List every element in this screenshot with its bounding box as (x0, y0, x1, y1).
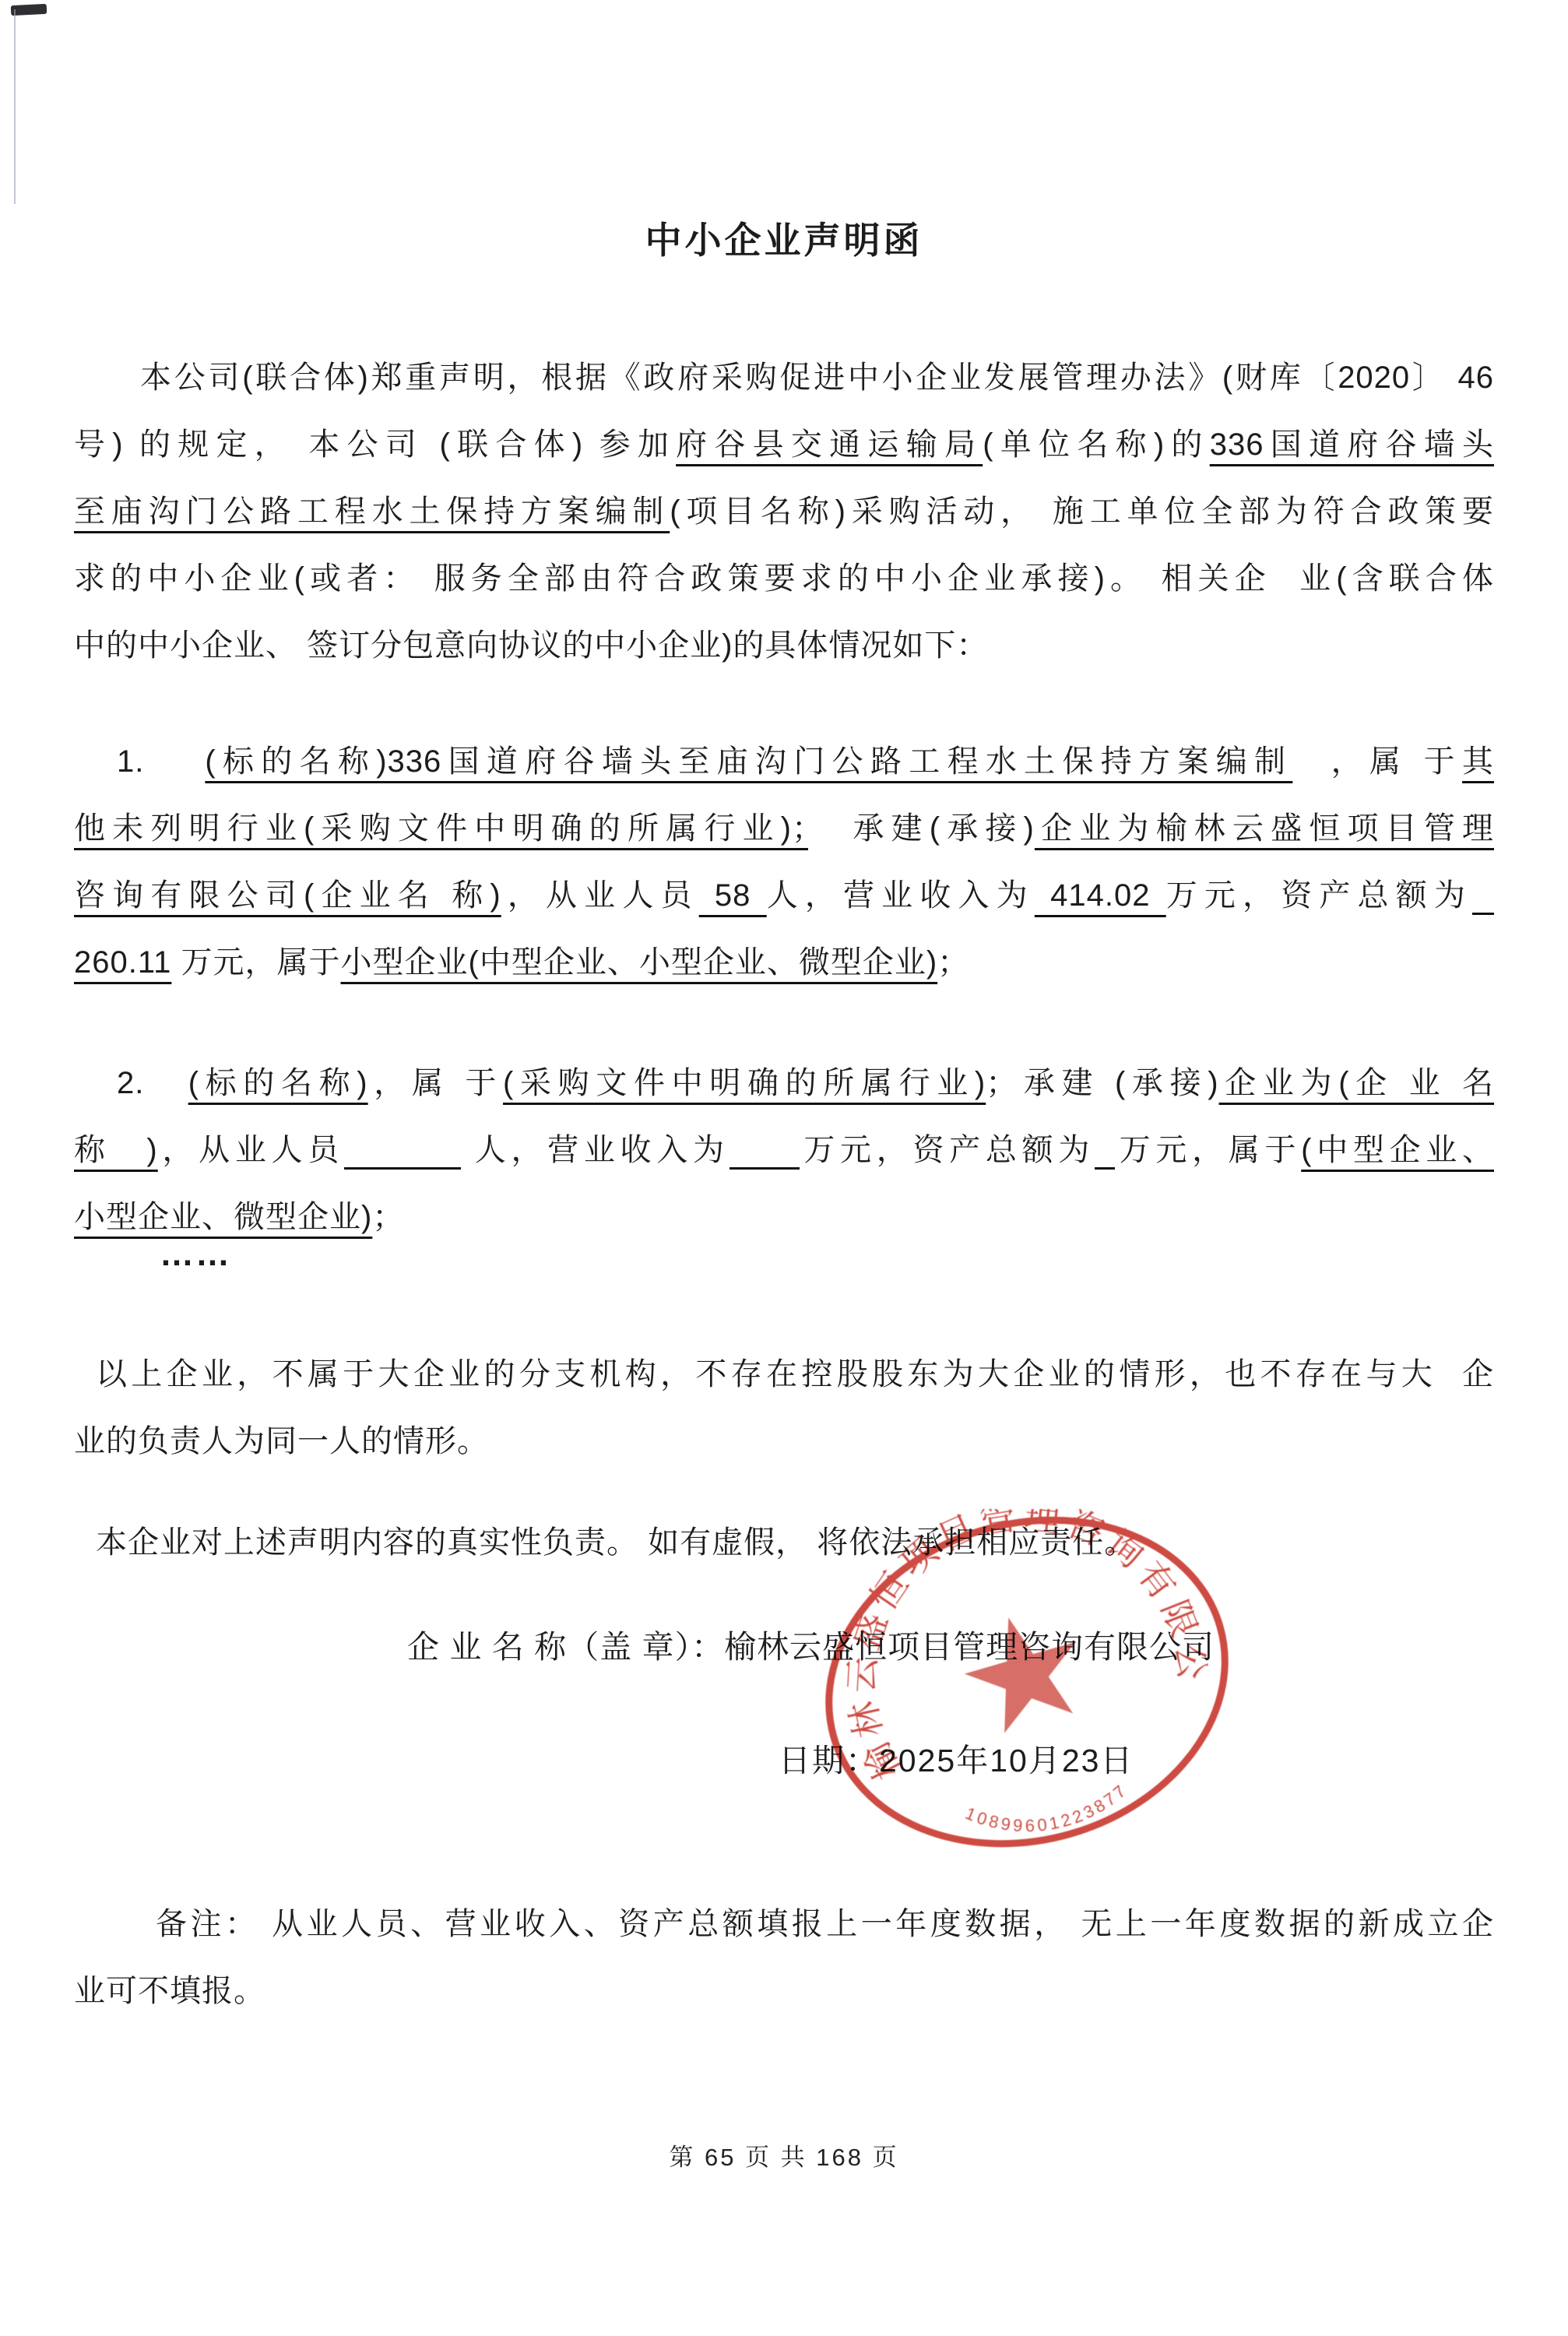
note-paragraph: 备注： 从业人员、营业收入、资产总额填报上一年度数据， 无上一年度数据的新成立企… (74, 1891, 1494, 2025)
doc-line: 他未列明行业(采购文件中明确的所属行业)； 承建(承接)企业为榆林云盛恒项目管理 (74, 795, 1494, 862)
doc-line: 求的中小企业(或者： 服务全部由符合政策要求的中小企业承接)。 相关企 业(含联… (74, 545, 1494, 612)
text-segment: 承建(承接) (808, 811, 1035, 846)
text-segment: 企业为榆林云盛恒项目管理 (1035, 811, 1494, 846)
doc-line: 号) 的规定， 本公司 (联合体) 参加府谷县交通运输局(单位名称)的336国道… (74, 411, 1494, 478)
text-segment: 企业为(企 业 名 (1219, 1066, 1494, 1100)
company-seal: 榆林云盛恒项目管理咨询有限公司 10899601223877 (807, 1509, 1247, 1856)
doc-line: 咨询有限公司(企业名 称)，从业人员 58 人，营业收入为 414.02 万元，… (74, 862, 1494, 929)
text-segment: 本公司(联合体)郑重声明，根据《政府采购促进中小企业发展管理办法》(财库〔202… (140, 361, 1494, 395)
text-segment: 万元，属于 (171, 945, 340, 980)
doc-line: 260.11 万元，属于小型企业(中型企业、小型企业、微型企业)； (74, 929, 1494, 996)
text-segment: (中型企业、 (1301, 1133, 1494, 1167)
text-segment: ；承建 (承接) (986, 1066, 1218, 1100)
text-segment: 万元，属于 (1115, 1133, 1301, 1167)
text-segment: 至庙沟门公路工程水土保持方案编制 (74, 494, 670, 529)
page-footer: 第 65 页 共 168 页 (0, 2137, 1568, 2172)
closing-paragraph: 以上企业，不属于大企业的分支机构，不存在控股股东为大企业的情形，也不存在与大 企… (74, 1341, 1494, 1475)
text-segment: 260.11 (74, 945, 171, 980)
text-segment: ，属 于 (1292, 744, 1462, 779)
text-segment: (单位名称)的 (983, 427, 1209, 462)
text-segment: (标的名称) (188, 1066, 368, 1100)
blank-field (1095, 1133, 1115, 1170)
blank-field (344, 1133, 461, 1170)
doc-title: 中小企业声明函 (0, 212, 1568, 264)
text-segment: (采购文件中明确的所属行业) (503, 1066, 986, 1100)
text-segment: 2. (117, 1066, 188, 1100)
text-segment: 其 (1462, 744, 1494, 779)
paragraph-declaration: 本公司(联合体)郑重声明，根据《政府采购促进中小企业发展管理办法》(财库〔202… (74, 344, 1494, 679)
text-segment: 人，营业收入为 (461, 1133, 730, 1167)
text-segment: 万元，资产总额为 (1166, 878, 1472, 913)
item-1: 1. (标的名称)336国道府谷墙头至庙沟门公路工程水土保持方案编制 ，属 于其… (74, 728, 1494, 996)
doc-line: 小型企业、微型企业)； (74, 1184, 1494, 1251)
scan-artifact-corner-mark (11, 4, 47, 16)
text-segment: 业可不填报。 (74, 1974, 265, 2008)
seal-star (953, 1602, 1095, 1740)
text-segment: ； (372, 1200, 404, 1234)
text-segment: ； (937, 945, 969, 980)
scan-artifact-edge-line (14, 9, 16, 204)
text-segment: 1. (117, 744, 205, 779)
doc-line: 以上企业，不属于大企业的分支机构，不存在控股股东为大企业的情形，也不存在与大 企 (74, 1341, 1494, 1408)
doc-line: 称 )，从业人员 人，营业收入为万元，资产总额为万元，属于(中型企业、 (74, 1117, 1494, 1184)
text-segment: 号) 的规定， 本公司 (联合体) 参加 (74, 427, 676, 462)
text-segment: 中的中小企业、 签订分包意向协议的中小企业)的具体情况如下： (74, 628, 988, 663)
text-segment: 备注： 从业人员、营业收入、资产总额填报上一年度数据， 无上一年度数据的新成立企 (156, 1907, 1494, 1941)
text-segment: (项目名称)采购活动， 施工单位全部为符合政策要 (670, 494, 1494, 529)
doc-line: 业可不填报。 (74, 1958, 1494, 2025)
text-segment: ，从业人员 (501, 878, 699, 913)
blank-field (730, 1133, 800, 1170)
text-segment: 336国道府谷墙头 (1210, 427, 1494, 462)
document-page: 中小企业声明函 本公司(联合体)郑重声明，根据《政府采购促进中小企业发展管理办法… (0, 0, 1568, 2336)
doc-line: 本公司(联合体)郑重声明，根据《政府采购促进中小企业发展管理办法》(财库〔202… (74, 344, 1494, 411)
text-segment: 414.02 (1035, 878, 1166, 913)
text-segment: ，属 于 (368, 1066, 503, 1100)
doc-line: 2. (标的名称)，属 于(采购文件中明确的所属行业)；承建 (承接)企业为(企… (74, 1050, 1494, 1117)
doc-line: 本企业对上述声明内容的真实性负责。 如有虚假， 将依法承担相应责任。 (74, 1509, 1494, 1576)
ellipsis: …… (160, 1235, 231, 1274)
text-segment: 求的中小企业(或者： 服务全部由符合政策要求的中小企业承接)。 相关企 业(含联… (74, 561, 1494, 596)
blank-field (1472, 878, 1494, 915)
doc-line: 业的负责人为同一人的情形。 (74, 1408, 1494, 1475)
item-2: 2. (标的名称)，属 于(采购文件中明确的所属行业)；承建 (承接)企业为(企… (74, 1050, 1494, 1251)
doc-line: 中的中小企业、 签订分包意向协议的中小企业)的具体情况如下： (74, 612, 1494, 679)
responsibility-line: 本企业对上述声明内容的真实性负责。 如有虚假， 将依法承担相应责任。 (74, 1509, 1494, 1576)
text-segment: 业的负责人为同一人的情形。 (74, 1424, 489, 1458)
text-segment: 称 ) (74, 1133, 158, 1167)
text-segment: 万元，资产总额为 (800, 1133, 1095, 1167)
doc-line: 备注： 从业人员、营业收入、资产总额填报上一年度数据， 无上一年度数据的新成立企 (74, 1891, 1494, 1958)
text-segment: 小型企业、微型企业) (74, 1200, 372, 1234)
doc-line: 至庙沟门公路工程水土保持方案编制(项目名称)采购活动， 施工单位全部为符合政策要 (74, 478, 1494, 545)
text-segment: 58 (699, 878, 767, 913)
text-segment: (标的名称)336国道府谷墙头至庙沟门公路工程水土保持方案编制 (205, 744, 1292, 779)
text-segment: 他未列明行业(采购文件中明确的所属行业)； (74, 811, 808, 846)
doc-line: 1. (标的名称)336国道府谷墙头至庙沟门公路工程水土保持方案编制 ，属 于其 (74, 728, 1494, 795)
text-segment: 人，营业收入为 (767, 878, 1035, 913)
text-segment: 以上企业，不属于大企业的分支机构，不存在控股股东为大企业的情形，也不存在与大 企 (96, 1357, 1494, 1391)
text-segment: 咨询有限公司(企业名 称) (74, 878, 501, 913)
text-segment: 府谷县交通运输局 (676, 427, 983, 462)
text-segment: ，从业人员 (158, 1133, 344, 1167)
text-segment: 小型企业(中型企业、小型企业、微型企业) (341, 945, 938, 980)
